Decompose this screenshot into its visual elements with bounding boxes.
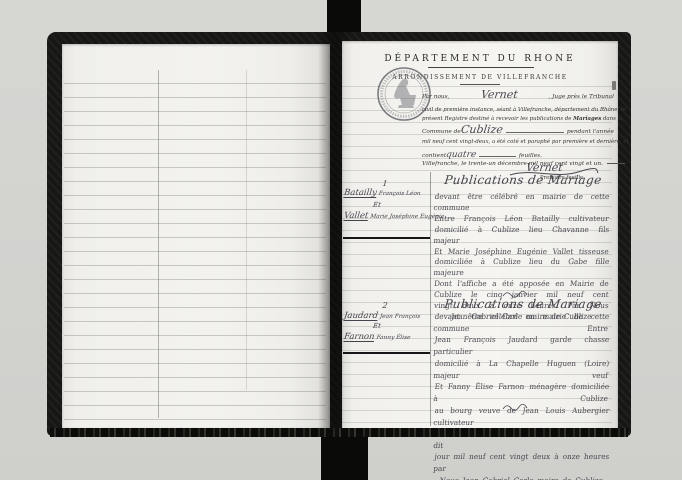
printed-text: feuilles. bbox=[519, 153, 542, 159]
entry-body-line: domicilié à La Chapelle Huguen (Loire) m… bbox=[433, 358, 610, 381]
given-names: François Léon bbox=[378, 191, 421, 197]
left-page bbox=[62, 44, 330, 428]
given-names: Jean François bbox=[379, 314, 420, 320]
entry-separator bbox=[343, 352, 430, 354]
preamble-line-1: Par nous, Vernet , Juge près le Tribunal bbox=[422, 91, 614, 101]
handwritten-commune-name: Cublize bbox=[460, 123, 503, 136]
entry-2-margin-name-bride: FarnonFanny Élise bbox=[343, 332, 440, 342]
entry-body-line: jour mil neuf cent vingt deux à onze heu… bbox=[433, 451, 610, 474]
form-blank-line bbox=[506, 125, 564, 133]
preamble-line-6: contient quatre feuilles. bbox=[422, 149, 542, 160]
printed-text: dans la bbox=[603, 116, 623, 122]
printed-text: Par nous, bbox=[422, 94, 449, 100]
printed-text-bold: Mariages bbox=[573, 116, 601, 122]
preamble-line-4: Commune de Cublize pendant l'année bbox=[422, 125, 614, 136]
entry-body-line: domiciliée à Cublize lieu du Gabe fille … bbox=[433, 257, 610, 279]
entry-separator bbox=[343, 237, 430, 239]
entry-1-number: 1 bbox=[341, 179, 428, 188]
preamble-line-2: civil de première instance, séant à Vill… bbox=[422, 107, 601, 113]
given-names: Fanny Élise bbox=[376, 335, 411, 341]
surname: Jaudard bbox=[343, 311, 378, 321]
printed-text: pendant l'année bbox=[567, 129, 614, 135]
department-title-rule bbox=[428, 67, 534, 68]
surname: Batailly bbox=[343, 188, 377, 198]
page-edge-mark bbox=[612, 81, 616, 90]
scanner-strap-bottom bbox=[321, 431, 368, 480]
preamble-line-5: mil neuf cent vingt-deux, a été coté et … bbox=[422, 139, 601, 145]
entry-body-line: Et Fanny Élise Farnon ménagère domicilié… bbox=[433, 381, 610, 404]
entry-2-margin-conjunction: Et bbox=[362, 322, 393, 330]
entry-body-line: Nous Jean Gabriel Carle maire de Cublize bbox=[433, 475, 609, 480]
preamble-line-3: présent Registre destiné à recevoir les … bbox=[422, 116, 601, 122]
ruled-lines-left bbox=[64, 70, 326, 420]
surname: Farnon bbox=[343, 332, 375, 342]
entry-2-body: devant être célébré en mairie de cette c… bbox=[434, 311, 614, 480]
printed-text: , Juge près le Tribunal bbox=[548, 94, 614, 100]
entry-body-line: Dont l'affiche a été apposée en Mairie d… bbox=[433, 279, 609, 290]
margin-line-left-2 bbox=[246, 70, 247, 390]
right-page: DÉPARTEMENT DU RHONE ARRONDISSEMENT DE V… bbox=[342, 41, 618, 429]
entry-body-line: devant être célébré en mairie de cette c… bbox=[433, 311, 610, 334]
printed-text: contient bbox=[422, 153, 446, 159]
book-bottom-edge bbox=[50, 428, 628, 437]
entry-2-margin-name-groom: JaudardJean François bbox=[343, 311, 440, 321]
surname: Vallet bbox=[343, 211, 369, 221]
trailing-dash bbox=[607, 163, 625, 164]
entry-1-margin-conjunction: Et bbox=[362, 201, 393, 209]
entry-1-margin-name-bride: ValletMarie Joséphine Eugénie bbox=[343, 211, 440, 221]
entry-body-line: Jean François Jaudard garde chasse parti… bbox=[433, 334, 610, 357]
register-scan: DÉPARTEMENT DU RHONE ARRONDISSEMENT DE V… bbox=[0, 0, 682, 480]
entry-body-line: Entre François Léon Batailly cultivateur bbox=[433, 214, 609, 225]
form-blank-line bbox=[479, 149, 516, 157]
department-title: DÉPARTEMENT DU RHONE bbox=[342, 54, 618, 64]
entry-2-number: 2 bbox=[341, 301, 428, 310]
entry-1-margin-name-groom: BataillyFrançois Léon bbox=[343, 188, 440, 198]
entry-body-line: Et Marie Joséphine Eugénie Vallet tisseu… bbox=[433, 247, 609, 258]
margin-line-left-1 bbox=[158, 70, 159, 418]
printed-text: Commune de bbox=[422, 129, 461, 135]
entry-1-heading: Publications de Mariage bbox=[431, 173, 615, 187]
handwritten-judge-name: Vernet bbox=[480, 88, 518, 101]
printed-text: présent Registre destiné à recevoir les … bbox=[422, 116, 571, 122]
flourish-mark bbox=[502, 404, 528, 412]
handwritten-sheet-count: quatre bbox=[446, 150, 477, 160]
entry-body-line: devant être célébré en mairie de cette c… bbox=[433, 192, 610, 214]
entry-body-line: domicilié à Cublize lieu Chavanne fils m… bbox=[433, 225, 610, 247]
entry-2-heading: Publications de Mariage bbox=[431, 297, 615, 311]
arrondissement-subtitle-rule bbox=[460, 84, 500, 85]
